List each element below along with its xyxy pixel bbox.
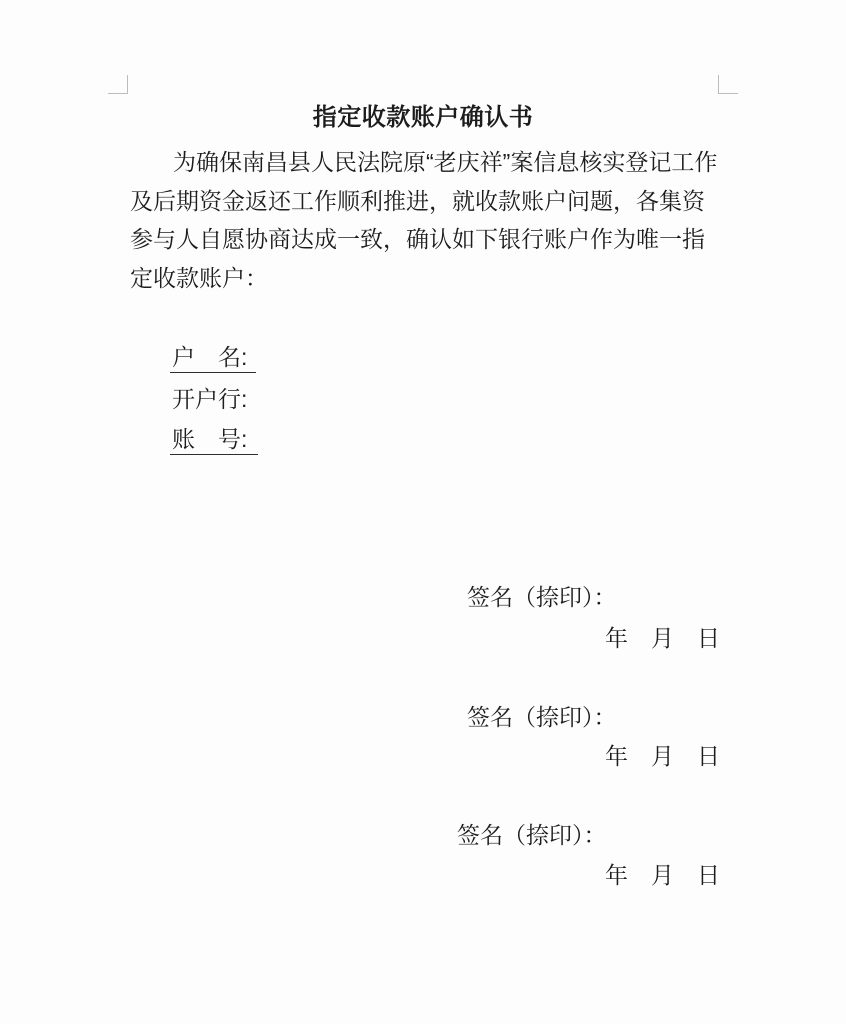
signature-label-1: 签名（捺印）： — [467, 584, 617, 610]
signature-label-2: 签名（捺印）： — [467, 704, 617, 730]
signature-date-line-3: 年 月 日 — [605, 862, 720, 888]
paragraph-line: 及后期资金返还工作顺利推进，就收款账户问题，各集资 — [130, 182, 734, 221]
signature-date-line-1: 年 月 日 — [605, 625, 720, 651]
margin-corner-mark-left — [108, 75, 128, 94]
account-name-field: 户 名: — [170, 344, 256, 373]
paragraph-line: 定收款账户： — [130, 259, 734, 298]
margin-corner-mark-right — [718, 75, 738, 94]
body-paragraph: 为确保南昌县人民法院原“老庆祥”案信息核实登记工作 及后期资金返还工作顺利推进，… — [130, 143, 734, 297]
document-page: 指定收款账户确认书 为确保南昌县人民法院原“老庆祥”案信息核实登记工作 及后期资… — [0, 0, 846, 1024]
account-number-field: 账 号: — [170, 426, 258, 455]
paragraph-line: 为确保南昌县人民法院原“老庆祥”案信息核实登记工作 — [130, 143, 734, 182]
signature-date-line-2: 年 月 日 — [605, 743, 720, 769]
bank-branch-field: 开户行: — [172, 386, 247, 412]
paragraph-line: 参与人自愿协商达成一致，确认如下银行账户作为唯一指 — [130, 220, 734, 259]
document-title: 指定收款账户确认书 — [0, 102, 846, 134]
signature-label-3: 签名（捺印）： — [457, 822, 607, 848]
